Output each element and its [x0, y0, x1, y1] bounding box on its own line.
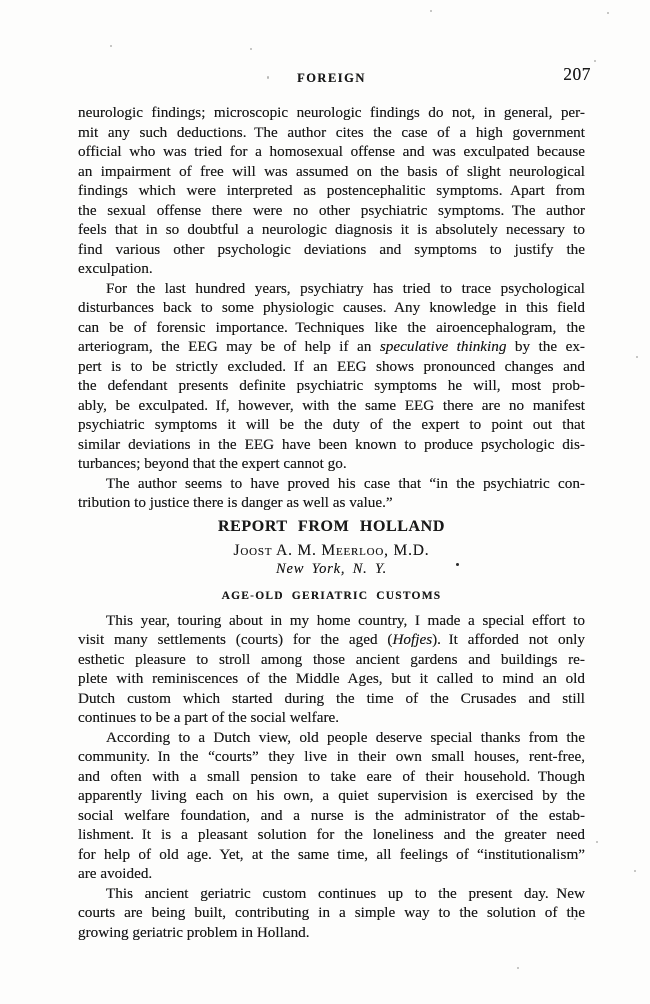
scan-speck: [560, 889, 562, 891]
text-line: courts are being built, contributing in …: [78, 903, 585, 923]
text-line: The author seems to have proved his case…: [78, 474, 585, 494]
scan-speck: [574, 918, 576, 920]
text-line: Dutch custom which started during the ti…: [78, 689, 585, 709]
text-line: official who was tried for a homosexual …: [78, 142, 585, 162]
text-line: disturbances back to some physiologic ca…: [78, 298, 585, 318]
scan-speck: [634, 870, 636, 872]
text-line: growing geriatric problem in Holland.: [78, 923, 585, 943]
ink-dot: [456, 563, 459, 566]
text-line: esthetic pleasure to stroll among those …: [78, 650, 585, 670]
scan-speck: [430, 10, 432, 12]
text-line: According to a Dutch view, old people de…: [78, 728, 585, 748]
text-line: exculpation.: [78, 259, 585, 279]
section-heading: AGE-OLD GERIATRIC CUSTOMS: [78, 589, 585, 603]
text-line: neurologic findings; microscopic neurolo…: [78, 103, 585, 123]
text-line: For the last hundred years, psychiatry h…: [78, 279, 585, 299]
scan-speck: [250, 48, 252, 50]
article-continuation-text: neurologic findings; microscopic neurolo…: [78, 103, 585, 513]
text-line: are avoided.: [78, 864, 585, 884]
text-line: an impairment of free will was assumed o…: [78, 162, 585, 182]
text-line: can be of forensic importance. Technique…: [78, 318, 585, 338]
text-line: social welfare foundation, and a nurse i…: [78, 806, 585, 826]
paragraph: This year, touring about in my home coun…: [78, 611, 585, 728]
text-line: tribution to justice there is danger as …: [78, 493, 585, 513]
text-line: ably, be exculpated. If, however, with t…: [78, 396, 585, 416]
scan-speck: [596, 841, 598, 843]
author-location: New York, N. Y.: [78, 560, 585, 578]
text-line: community. In the “courts” they live in …: [78, 747, 585, 767]
text-line: apparently living each on his own, a qui…: [78, 786, 585, 806]
paragraph: This ancient geriatric custom continues …: [78, 884, 585, 943]
text-line: findings which were interpreted as poste…: [78, 181, 585, 201]
scan-speck: [636, 356, 638, 358]
text-line: feels that in so doubtful a neurologic d…: [78, 220, 585, 240]
text-line: continues to be a part of the social wel…: [78, 708, 585, 728]
text-line: visit many settlements (courts) for the …: [78, 630, 585, 650]
text-line: This year, touring about in my home coun…: [78, 611, 585, 631]
text-line: the sexual offense there were no other p…: [78, 201, 585, 221]
page-header: FOREIGN 207: [78, 68, 585, 88]
paragraph: According to a Dutch view, old people de…: [78, 728, 585, 884]
running-head-title: FOREIGN: [297, 71, 366, 85]
text-line: plete with reminiscences of the Middle A…: [78, 669, 585, 689]
text-line: for help of old age. Yet, at the same ti…: [78, 845, 585, 865]
text-line: the defendant presents definite psychiat…: [78, 376, 585, 396]
scan-speck: [92, 500, 94, 502]
paragraph: neurologic findings; microscopic neurolo…: [78, 103, 585, 279]
text-line: and often with a small pension to take e…: [78, 767, 585, 787]
scan-speck: [607, 12, 609, 14]
page-number: 207: [563, 64, 591, 84]
text-line: This ancient geriatric custom continues …: [78, 884, 585, 904]
text-line: mit any such deductions. The author cite…: [78, 123, 585, 143]
scan-speck: [517, 967, 519, 969]
text-line: similar deviations in the EEG have been …: [78, 435, 585, 455]
paragraph: For the last hundred years, psychiatry h…: [78, 279, 585, 474]
scan-speck: [267, 76, 269, 79]
report-title: REPORT FROM HOLLAND: [78, 517, 585, 537]
author-byline: Joost A. M. Meerloo, M.D.: [78, 542, 585, 560]
scanned-journal-page: FOREIGN 207 neurologic findings; microsc…: [0, 0, 650, 1004]
paragraph: The author seems to have proved his case…: [78, 474, 585, 513]
scan-speck: [110, 45, 112, 47]
text-line: arteriogram, the EEG may be of help if a…: [78, 337, 585, 357]
text-line: lishment. It is a pleasant solution for …: [78, 825, 585, 845]
text-line: find various other psychologic deviation…: [78, 240, 585, 260]
text-line: pert is to be strictly excluded. If an E…: [78, 357, 585, 377]
report-body-text: This year, touring about in my home coun…: [78, 611, 585, 943]
scan-speck: [594, 60, 596, 62]
text-line: psychiatric symptoms it will be the duty…: [78, 415, 585, 435]
text-line: turbances; beyond that the expert cannot…: [78, 454, 585, 474]
